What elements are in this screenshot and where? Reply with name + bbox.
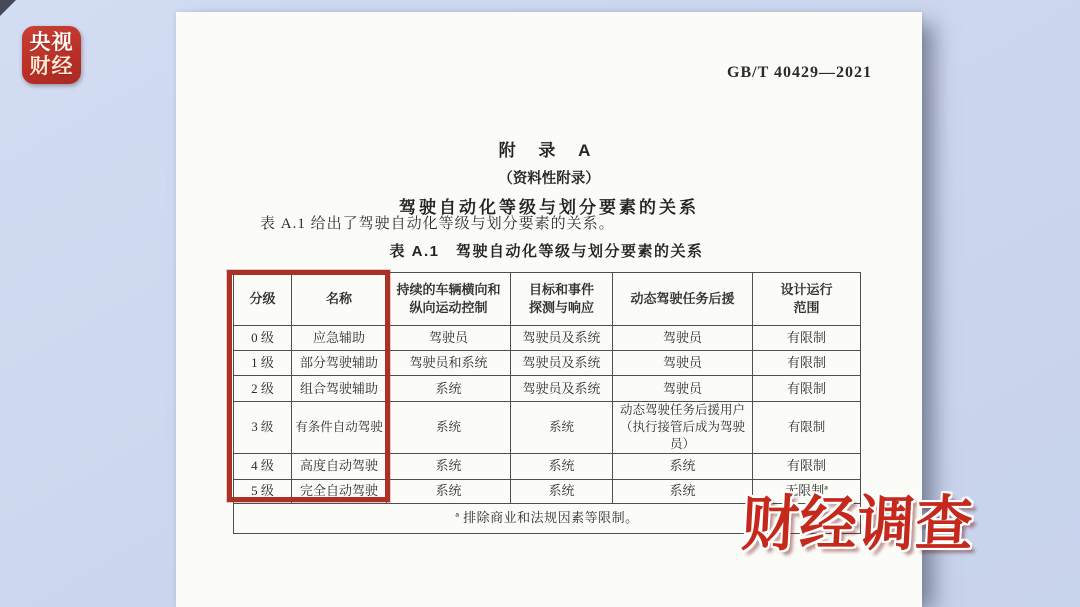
logo-text-line1: 央视 [30, 31, 74, 55]
cell: 动态驾驶任务后援用户 （执行接管后成为驾驶员） [613, 402, 753, 454]
standard-number: GB/T 40429—2021 [727, 64, 872, 82]
cell: 驾驶员及系统 [511, 376, 613, 402]
cell: 驾驶员及系统 [511, 351, 613, 376]
intro-paragraph: 表 A.1 给出了驾驶自动化等级与划分要素的关系。 [260, 212, 615, 233]
appendix-subtitle: （资料性附录） [176, 167, 922, 188]
cctv-finance-logo: 央视 财经 [22, 26, 81, 84]
cell: 系统 [387, 453, 511, 479]
col-header-fallback: 动态驾驶任务后援 [613, 273, 753, 326]
cell: 有限制 [753, 402, 861, 454]
cell: 有限制 [753, 376, 861, 402]
cell: 驾驶员 [387, 326, 511, 351]
cell: 系统 [387, 376, 511, 402]
cell: 驾驶员 [613, 351, 753, 376]
cell: 系统 [511, 402, 613, 454]
col-header-detect: 目标和事件 探测与响应 [511, 273, 613, 326]
cell: 系统 [387, 479, 511, 503]
broadcast-frame: GB/T 40429—2021 附 录 A （资料性附录） 驾驶自动化等级与划分… [0, 0, 1080, 607]
cell: 系统 [511, 453, 613, 479]
cell: 系统 [511, 479, 613, 503]
cell: 系统 [613, 479, 753, 503]
appendix-title: 附 录 A [176, 136, 922, 161]
appendix-header: 附 录 A （资料性附录） 驾驶自动化等级与划分要素的关系 [176, 136, 922, 218]
program-watermark: 财经调查 [740, 476, 977, 563]
cell: 驾驶员和系统 [387, 351, 511, 376]
cell: 系统 [613, 453, 753, 479]
logo-text-line2: 财经 [30, 55, 74, 79]
corner-notch [0, 0, 16, 16]
col-header-odd: 设计运行 范围 [753, 273, 861, 326]
cell: 系统 [387, 402, 511, 454]
cell: 驾驶员及系统 [511, 326, 613, 351]
col-header-control: 持续的车辆横向和 纵向运动控制 [387, 273, 511, 326]
cell: 驾驶员 [613, 376, 753, 402]
cell: 有限制 [753, 326, 861, 351]
highlight-box [227, 270, 390, 502]
cell: 有限制 [753, 351, 861, 376]
cell: 驾驶员 [613, 326, 753, 351]
table-caption: 表 A.1 驾驶自动化等级与划分要素的关系 [233, 240, 860, 261]
